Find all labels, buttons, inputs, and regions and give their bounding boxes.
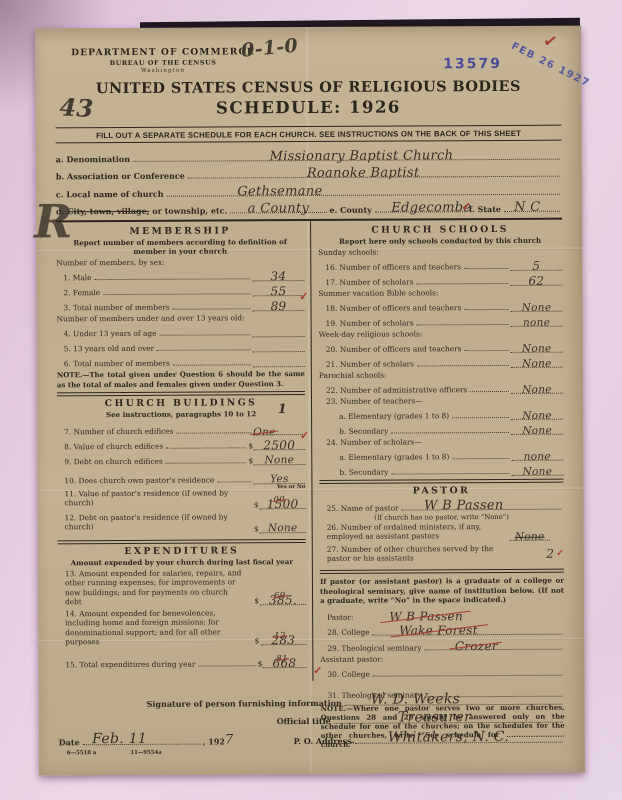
section-divider (58, 539, 306, 544)
dotted-line (452, 458, 509, 459)
township-value: a County (248, 202, 309, 215)
form-columns: MEMBERSHIP Report number of members acco… (56, 218, 564, 683)
q24b-label: b. Secondary (339, 468, 388, 478)
q11-label: 11. Value of pastor's residence (if owne… (64, 488, 228, 507)
denomination-label: a. Denomination (56, 153, 130, 163)
dotted-line: Wake Forest (373, 621, 563, 635)
q12-label: 12. Debt on pastor's residence (if owned… (65, 512, 228, 531)
section-divider (320, 569, 564, 574)
q6-answer-cell (253, 357, 305, 367)
buildings-title: CHURCH BUILDINGS (57, 397, 305, 409)
dotted-line: Crozer (424, 636, 562, 650)
q8-answer-cell: 2500✓ (253, 440, 305, 450)
county-label: e. County (329, 205, 371, 215)
q27-row: 27. Number of other churches served by t… (320, 544, 564, 567)
q25-row: 25. Name of pastorW B Passen (320, 497, 564, 513)
q22-answer-cell: None (511, 384, 563, 394)
q5-row: 5. 13 years old and over (57, 337, 305, 353)
q11-answer-cell: 150000 (260, 499, 306, 509)
q3-answer-cell: 89✓ (252, 301, 304, 311)
q2-answer-cell: 55 (252, 286, 304, 296)
dotted-line (391, 432, 509, 434)
dollar-sign: $ (255, 636, 260, 645)
dotted-line (464, 350, 508, 351)
q13-amount: $385.69 (254, 595, 306, 605)
file-number-stamp: 13579 (443, 56, 502, 72)
q17-label: 17. Number of scholars (325, 277, 413, 287)
q4-answer-cell (253, 327, 305, 337)
left-column: MEMBERSHIP Report number of members acco… (56, 221, 313, 682)
q20-answer-cell: None (511, 343, 563, 353)
dotted-line (103, 294, 250, 296)
q18-answer-cell: None (510, 302, 562, 312)
q14-answer-cell: 28312 (260, 635, 306, 645)
q14-row: 14. Amount expended for benevolences, in… (58, 608, 306, 649)
q28-label: 28. College (327, 628, 369, 637)
q24b-answer-cell: None (511, 466, 563, 476)
q12-row: 12. Debt on pastor's residence (if owned… (58, 512, 306, 537)
department-name: DEPARTMENT OF COMMERCE (71, 47, 255, 58)
q24b-row: b. SecondaryNone (319, 461, 563, 477)
dotted-line (417, 283, 509, 284)
q20-row: 20. Number of officers and teachersNone (319, 338, 563, 354)
q21-value: None (511, 358, 563, 369)
q26-answer: None (510, 531, 550, 541)
q30-row: 30. College (320, 662, 564, 678)
dotted-line (159, 335, 250, 336)
q15-label: 15. Total expenditures during year (65, 659, 195, 669)
q23a-row: a. Elementary (grades 1 to 8)None (319, 405, 563, 421)
q19-label: 19. Number of scholars (326, 318, 414, 328)
q24a-row: a. Elementary (grades 1 to 8)none (319, 446, 563, 462)
q17-answer-cell: 62 (510, 276, 562, 286)
census-schedule-document: 0-1-0 43 R 13579 FEB 26 1927 ✓ DEPARTMEN… (35, 26, 585, 776)
official-title-value: Treasurer (398, 710, 471, 724)
q25-label: 25. Name of pastor (327, 504, 399, 514)
identification-fields: a. Denomination Missionary Baptist Churc… (56, 144, 562, 217)
dotted-line (166, 462, 247, 463)
dotted-line (176, 432, 251, 433)
q27-red-correction: 2 (546, 548, 554, 560)
pastor-word-label: Pastor: (327, 613, 353, 622)
form-header: DEPARTMENT OF COMMERCE BUREAU OF THE CEN… (55, 36, 561, 125)
q2-label: 2. Female (63, 288, 100, 297)
q13-answer-cell: 385.69 (260, 595, 306, 605)
pastor-name-value: W B Passen (424, 499, 504, 512)
q23-label: 23. Number of teachers— (326, 396, 423, 406)
association-label: b. Association or Conference (56, 171, 185, 182)
po-address-label: P. O. Address (294, 736, 352, 746)
date-month-day-value: Feb. 11 (92, 732, 147, 746)
q11-row: 11. Value of pastor's residence (if owne… (57, 488, 305, 513)
q24b-value: None (511, 466, 563, 477)
red-check-mark: ✓ (299, 290, 308, 304)
dotted-line: a County (230, 212, 327, 214)
q26-label: 26. Number of ordained ministers, if any… (327, 522, 481, 541)
q8-row: 8. Value of church edifices $ 2500✓ (57, 435, 305, 451)
dotted-line (417, 324, 509, 325)
q12-answer-cell: None (260, 523, 306, 533)
q11-cents-struck: 00 (274, 496, 285, 505)
q26-row: 26. Number of ordained ministers, if any… (320, 522, 564, 545)
expenditures-subtitle: Amount expended by your church during la… (58, 557, 306, 568)
graduate-instruction: If pastor (or assistant pastor) is a gra… (320, 576, 564, 605)
q13-cents-struck: 69 (274, 592, 285, 601)
q23a-answer-cell: None (511, 410, 563, 420)
right-column: CHURCH SCHOOLS Report here only schools … (311, 220, 564, 681)
bureau-name: BUREAU OF THE CENSUS (71, 58, 255, 67)
date-year-digit: 7 (225, 733, 234, 746)
section-divider (319, 479, 563, 484)
q19-value: none (511, 317, 563, 328)
q29-value-struck: Crozer (455, 640, 498, 652)
state-label: f. State (469, 204, 501, 214)
date-label: Date (59, 737, 80, 747)
q9-answer-cell: None (253, 455, 305, 465)
q11-amount: $150000 (254, 499, 306, 509)
q29-row: 29. Theological seminaryCrozer (320, 636, 564, 653)
signature-label: Signature of person furnishing informati… (147, 698, 342, 709)
q29-label: 29. Theological seminary (327, 643, 421, 653)
q24-label: 24. Number of scholars— (326, 437, 422, 447)
q6-label: 6. Total number of members (64, 359, 170, 369)
q26-value-struck: None (510, 531, 550, 542)
q14-cents-struck: 12 (274, 632, 285, 641)
local-name-value: Gethsemane (237, 184, 322, 197)
q28-row: 28. CollegeWake Forest (320, 621, 564, 638)
county-value: Edgecombe (391, 201, 471, 214)
dotted-line (157, 350, 251, 351)
location-row: d. City, town, village, or township, etc… (56, 196, 562, 216)
q22-row: 22. Number of administrative officersNon… (319, 379, 563, 395)
section-divider (57, 391, 305, 396)
city-label: d. City, town, village, or township, etc… (56, 205, 227, 216)
space: W B Passen (356, 607, 562, 620)
q2-row: 2. Female 55 (56, 281, 304, 297)
q16-row: 16. Number of officers and teachers5 (318, 256, 562, 272)
q21-label: 21. Number of scholars (326, 359, 414, 369)
q12-value: None (260, 523, 306, 534)
red-pencil-code: 0-1-0 (240, 37, 298, 61)
q4-label: 4. Under 13 years of age (64, 329, 157, 339)
dotted-line (417, 365, 509, 366)
q7-row: 7. Number of church edifices One (57, 420, 305, 436)
agency-place: Washington (71, 67, 255, 74)
dotted-line (173, 309, 251, 310)
q27-label: 27. Number of other churches served by t… (327, 544, 494, 563)
dotted-line (173, 365, 251, 366)
q4-row: 4. Under 13 years of age (57, 322, 305, 338)
q9-value: None (253, 455, 305, 466)
q19-row: 19. Number of scholarsnone (319, 312, 563, 328)
q23b-row: b. SecondaryNone (319, 420, 563, 436)
q26-answer-cell: None (510, 531, 550, 541)
agency-block: DEPARTMENT OF COMMERCE BUREAU OF THE CEN… (71, 47, 255, 74)
fill-out-instruction: FILL OUT A SEPARATE SCHEDULE FOR EACH CH… (56, 125, 562, 144)
schools-subtitle: Report here only schools conducted by th… (318, 236, 562, 246)
dollar-sign: $ (254, 524, 259, 533)
q10-label: 10. Does church own pastor's residence (64, 475, 214, 485)
dotted-line (166, 447, 246, 448)
expenditures-title: EXPENDITURES (58, 545, 306, 557)
dotted-line (464, 309, 508, 310)
pastor-label-row: Pastor:W B Passen (320, 606, 564, 622)
red-correction-1: 1 (278, 403, 287, 416)
q17-value: 62 (510, 275, 562, 287)
q13-label: 13. Amount expended for salaries, repair… (65, 568, 242, 606)
q15-answer-cell: 66881✓ (262, 658, 306, 668)
q9-label: 9. Debt on church edifices (64, 456, 163, 466)
q19-answer-cell: none (511, 317, 563, 327)
dollar-sign: $ (254, 500, 259, 509)
dotted-line: Feb. 11 (83, 744, 201, 746)
form-code-2: 11—9554a (130, 750, 161, 756)
q1-answer-cell: 34 (252, 271, 304, 281)
q28-value-struck: Wake Forest (399, 624, 478, 636)
dotted-line (391, 473, 509, 475)
dotted-line: Edgecombe✓ (375, 211, 467, 212)
q1-label: 1. Male (63, 273, 91, 282)
q5-label: 5. 13 years old and over (64, 344, 155, 354)
q21-answer-cell: None (511, 358, 563, 368)
dollar-sign: $ (254, 596, 259, 605)
membership-title: MEMBERSHIP (56, 225, 304, 237)
association-value: Roanoke Baptist (307, 166, 420, 180)
form-title: UNITED STATES CENSUS OF RELIGIOUS BODIES (55, 78, 561, 98)
q12-amount: $None (254, 523, 306, 533)
red-check-mark: ✓ (462, 200, 471, 213)
form-body: DEPARTMENT OF COMMERCE BUREAU OF THE CEN… (35, 26, 585, 776)
state-value: N C (514, 201, 540, 214)
dotted-line: N C (504, 211, 560, 212)
dotted-line: W B Passen (402, 509, 562, 511)
dotted-line (217, 481, 251, 482)
q16-answer-cell: 5 (510, 261, 562, 271)
q9-row: 9. Debt on church edifices $ None (57, 450, 305, 466)
red-margin-letter: R (34, 198, 73, 244)
schools-title: CHURCH SCHOOLS (318, 224, 562, 236)
q30-label: 30. College (327, 669, 369, 678)
signature-value: W. D. Weeks (371, 692, 460, 706)
buildings-subtitle: See instructions, paragraphs 10 to 121 (57, 409, 305, 420)
dotted-line (198, 665, 255, 666)
q17-row: 17. Number of scholars62 (318, 271, 562, 287)
denomination-value: Missionary Baptist Church (270, 149, 454, 163)
q10-answer-cell: YesYes or No (253, 474, 305, 484)
q3-value: 89 (252, 300, 304, 312)
q3-row: 3. Total number of members 89✓ (56, 296, 304, 312)
dotted-line (452, 417, 509, 418)
q1-row: 1. Male 34 (56, 266, 304, 282)
official-title-label: Official title (277, 716, 331, 726)
form-codes: 6—5518 a 11—9554a (67, 748, 565, 757)
struck-city-text: City, town, village, (67, 206, 149, 216)
red-check-mark: ✓ (300, 429, 309, 443)
q23b-answer-cell: None (511, 425, 563, 435)
q14-amount: $28312 (255, 635, 307, 645)
dotted-line (94, 279, 250, 281)
red-pencil-number: 43 (59, 95, 94, 121)
dotted-line (373, 674, 563, 676)
q24a-answer-cell: none (511, 451, 563, 461)
form-schedule-year: SCHEDULE: 1926 (55, 97, 561, 119)
red-check-mark: ✓ (556, 549, 564, 560)
q5-answer-cell (253, 342, 305, 352)
q15-row: 15. Total expenditures during year $ 668… (58, 653, 306, 669)
po-address-value: Whitakers, N. C. (388, 730, 509, 745)
q6-row: 6. Total number of members (57, 352, 305, 368)
printed-year-prefix: , 192 (203, 736, 225, 746)
q14-label: 14. Amount expended for benevolences, in… (65, 609, 220, 647)
membership-note: NOTE.—The total given under Question 6 s… (57, 369, 305, 388)
form-code-1: 6—5518 a (67, 750, 97, 756)
q18-row: 18. Number of officers and teachersNone (318, 297, 562, 313)
q27-answer: 2✓ (546, 548, 564, 560)
pastor-title: PASTOR (319, 485, 563, 497)
q15-cents-struck: 81 (276, 655, 287, 664)
q23b-label: b. Secondary (339, 427, 388, 437)
membership-subtitle: Report number of members according to de… (71, 237, 289, 257)
dotted-line (470, 391, 509, 392)
q7-answer-cell: One (253, 425, 305, 435)
q21-row: 21. Number of scholarsNone (319, 353, 563, 369)
no-pastor-hint: (If church has no pastor, write “None”) (320, 513, 564, 522)
dotted-line (464, 268, 508, 269)
q10-row: 10. Does church own pastor's residence Y… (57, 469, 305, 485)
q3-label: 3. Total number of members (63, 303, 169, 313)
q8-label: 8. Value of church edifices (64, 441, 163, 451)
q13-row: 13. Amount expended for salaries, repair… (58, 568, 306, 609)
